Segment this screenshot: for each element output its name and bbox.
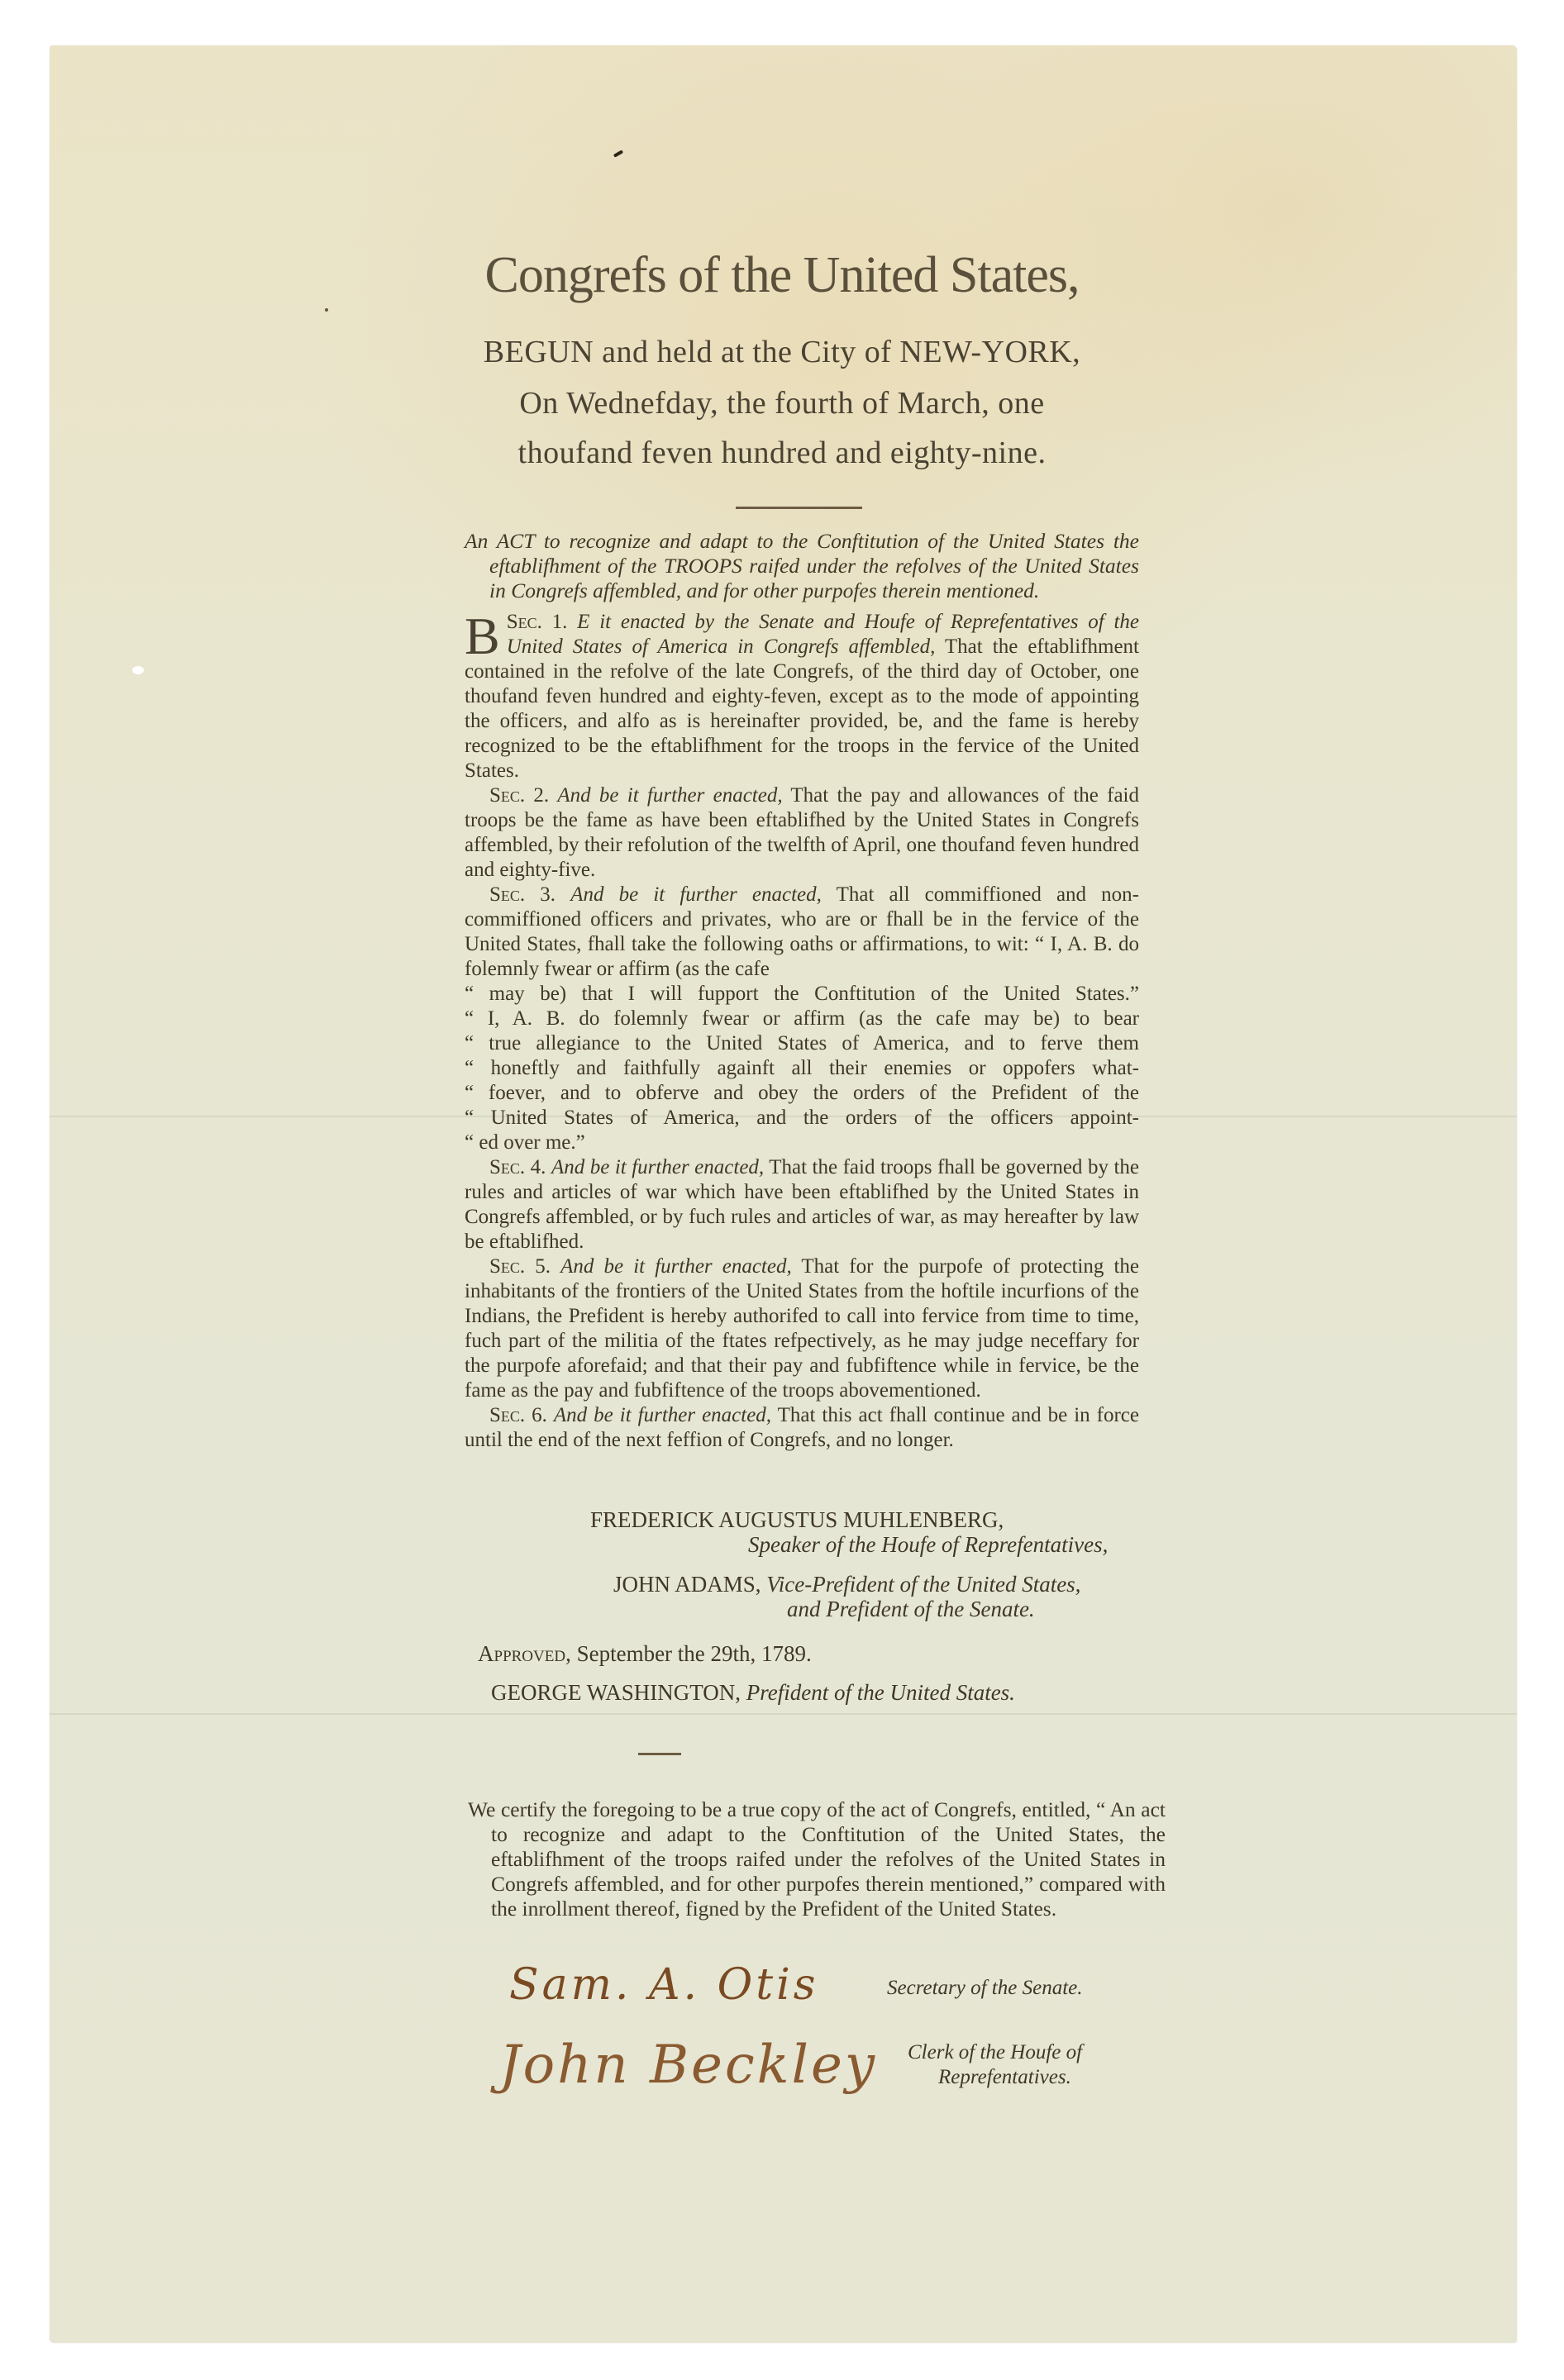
speaker-title-text: Speaker of the Houfe of Reprefentatives, (748, 1532, 1108, 1557)
certification-text: We certify the foregoing to be a true co… (468, 1797, 1166, 1921)
section-clause: And be it further enacted, (551, 1156, 764, 1178)
clerk-title-2: Reprefentatives. (938, 2066, 1071, 2089)
subtitle-line-3: thoufand feven hundred and eighty-nine. (0, 435, 1564, 471)
secretary-title: Secretary of the Senate. (887, 1977, 1083, 2000)
oath-block: “ may be) that I will fupport the Confti… (465, 982, 1139, 1155)
vp-title-1: Vice-Prefident of the United States, (766, 1572, 1080, 1597)
vp-title-2-text: and Prefident of the Senate. (787, 1597, 1035, 1621)
separator-rule (736, 507, 862, 509)
vp-signature: JOHN ADAMS, Vice-Prefident of the United… (613, 1572, 1080, 1597)
section-4: Sec. 4. And be it further enacted, That … (465, 1155, 1139, 1254)
speaker-title: Speaker of the Houfe of Reprefentatives, (748, 1532, 1108, 1558)
section-label: Sec. 4. (489, 1156, 546, 1178)
paper-hole (132, 666, 144, 674)
handwritten-signature-beckley: John Beckley (499, 2035, 877, 2096)
section-clause: And be it further enacted, (570, 883, 822, 906)
section-5: Sec. 5. And be it further enacted, That … (465, 1254, 1139, 1403)
oath-line: “ foever, and to obferve and obey the or… (465, 1081, 1139, 1106)
president-signature: GEORGE WASHINGTON, Prefident of the Unit… (491, 1680, 1015, 1706)
drop-cap: B (465, 615, 500, 658)
approved-label: Approved, (478, 1641, 571, 1666)
section-label: Sec. 3. (489, 883, 556, 906)
oath-line: “ true allegiance to the United States o… (465, 1031, 1139, 1056)
section-label: Sec. 6. (489, 1404, 547, 1426)
oath-line: “ I, A. B. do folemnly fwear or affirm (… (465, 1007, 1139, 1031)
document-title: Congrefs of the United States, (0, 246, 1564, 305)
section-label: Sec. 1. (507, 611, 568, 633)
section-clause: And be it further enacted, (554, 1404, 771, 1426)
vp-name: JOHN ADAMS, (613, 1572, 761, 1597)
speaker-name: FREDERICK AUGUSTUS MUHLENBERG, (590, 1507, 1004, 1533)
section-label: Sec. 5. (489, 1255, 551, 1278)
president-title: Prefident of the United States. (746, 1680, 1015, 1705)
oath-line: “ ed over me.” (465, 1130, 1139, 1155)
section-1: Sec. 1. B E it enacted by the Senate and… (465, 610, 1139, 783)
section-clause: And be it further enacted, (557, 784, 782, 807)
subtitle-line-2: On Wednefday, the fourth of March, one (0, 385, 1564, 421)
oath-line: “ may be) that I will fupport the Confti… (465, 982, 1139, 1007)
section-label: Sec. 2. (489, 784, 549, 807)
oath-line: “ United States of America, and the orde… (465, 1106, 1139, 1130)
approved-date: September the 29th, 1789. (577, 1641, 812, 1666)
separator-rule (638, 1753, 681, 1755)
vp-title-2: and Prefident of the Senate. (787, 1597, 1035, 1622)
fold-crease (50, 1713, 1517, 1715)
act-body: An ACT to recognize and adapt to the Con… (465, 529, 1139, 1453)
president-name: GEORGE WASHINGTON, (491, 1680, 741, 1705)
oath-line: “ honeftly and faithfully againft all th… (465, 1056, 1139, 1081)
approval-line: Approved, September the 29th, 1789. (478, 1641, 812, 1667)
section-2: Sec. 2. And be it further enacted, That … (465, 783, 1139, 883)
section-clause: And be it further enacted, (560, 1255, 792, 1278)
handwritten-signature-otis: Sam. A. Otis (509, 1960, 818, 2010)
section-3: Sec. 3. And be it further enacted, That … (465, 883, 1139, 982)
paper-speck (325, 308, 328, 312)
subtitle-line-1: BEGUN and held at the City of NEW-YORK, (0, 334, 1564, 370)
clerk-title-1: Clerk of the Houfe of (908, 2041, 1082, 2064)
section-6: Sec. 6. And be it further enacted, That … (465, 1403, 1139, 1453)
act-title: An ACT to recognize and adapt to the Con… (465, 529, 1139, 603)
